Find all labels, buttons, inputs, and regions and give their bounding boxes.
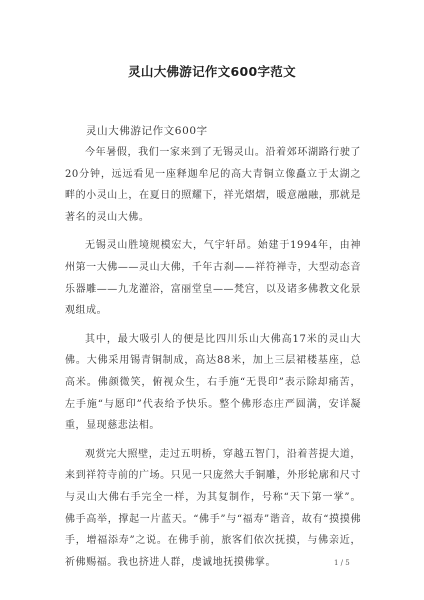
paragraph: 观赏完大照壁，走过五明桥，穿越五智门，沿着菩提大道，来到祥符寺前的广场。只见一只…: [65, 444, 361, 574]
document-page: 灵山大佛游记作文600字范文 灵山大佛游记作文600字 今年暑假，我们一家来到了…: [0, 0, 424, 600]
paragraph: 其中，最大吸引人的便是比四川乐山大佛高17米的灵山大佛。大佛采用锡青铜制成，高达…: [65, 329, 361, 437]
document-title: 灵山大佛游记作文600字范文: [0, 62, 424, 80]
paragraph: 无锡灵山胜境规模宏大，气宇轩昂。始建于1994年，由神州第一大佛——灵山大佛，千…: [65, 235, 361, 321]
document-subtitle: 灵山大佛游记作文600字: [86, 123, 208, 138]
document-body: 今年暑假，我们一家来到了无锡灵山。沿着郊环湖路行驶了20分钟，远远看见一座释迦牟…: [65, 142, 361, 580]
page-number: 1 / 5: [334, 559, 350, 567]
paragraph: 今年暑假，我们一家来到了无锡灵山。沿着郊环湖路行驶了20分钟，远远看见一座释迦牟…: [65, 142, 361, 228]
